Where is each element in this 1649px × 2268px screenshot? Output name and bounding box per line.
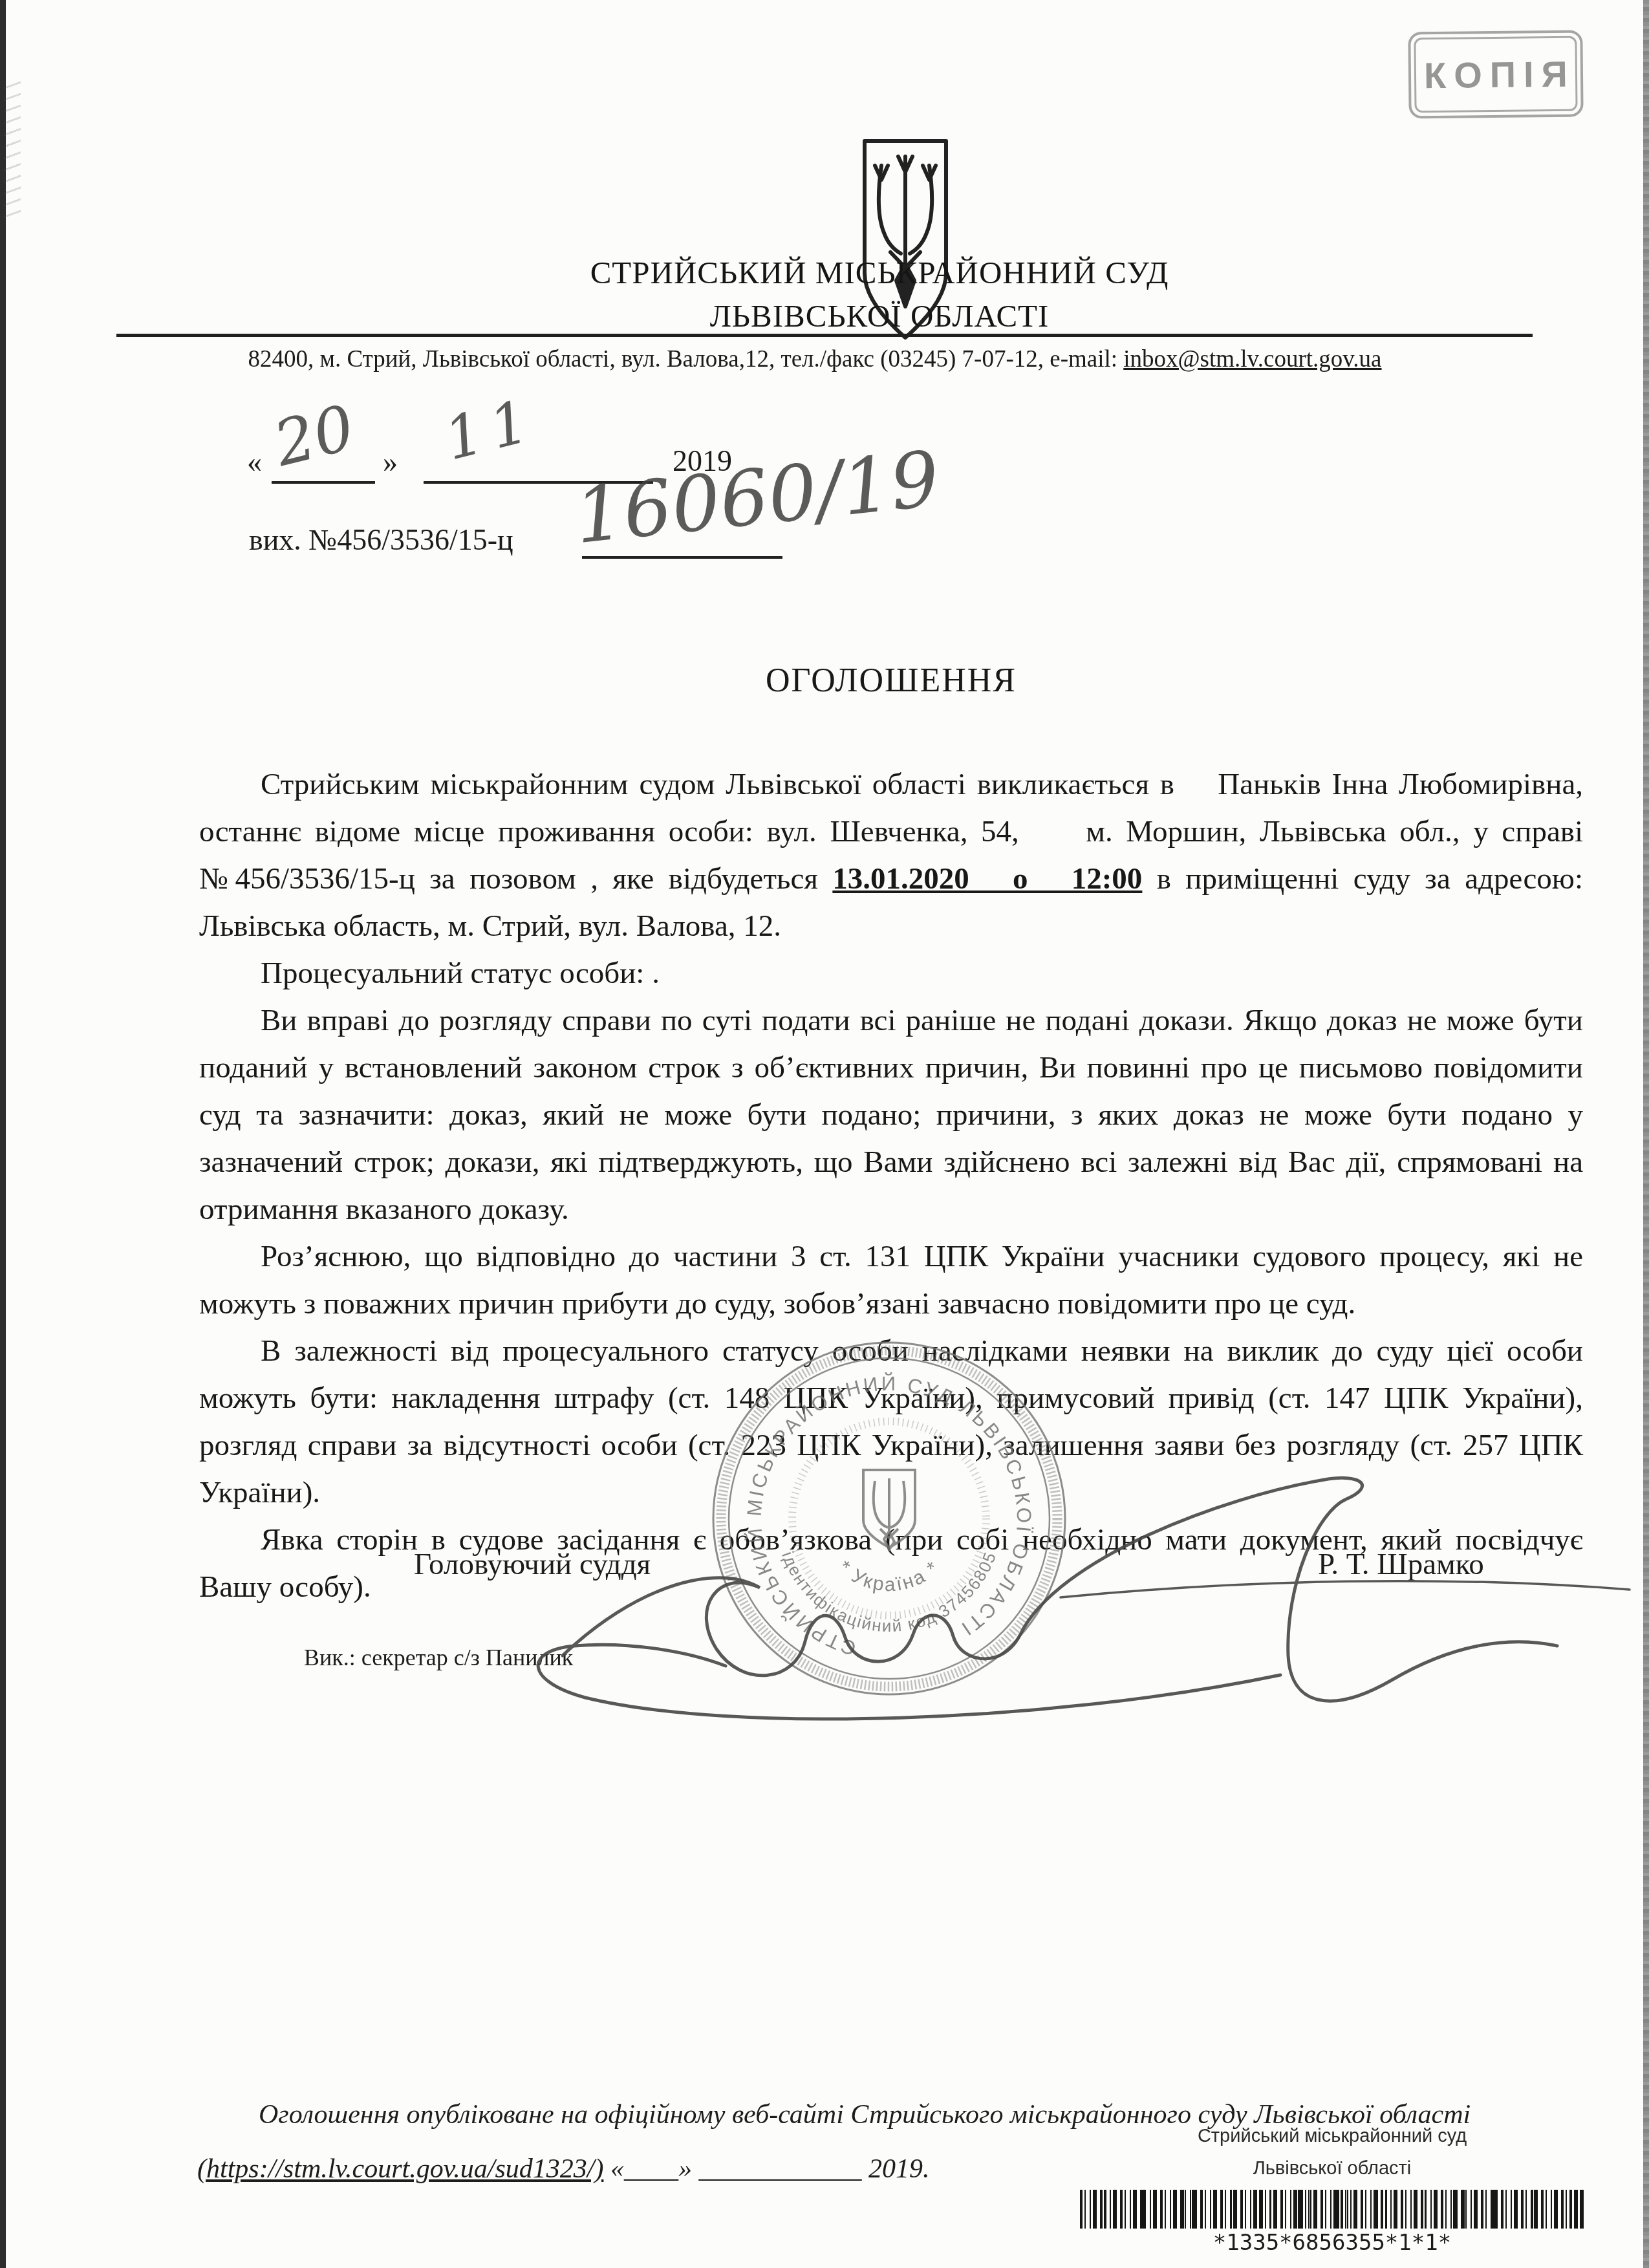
- court-email: inbox@stm.lv.court.gov.ua: [1123, 346, 1381, 373]
- court-seal-stamp: СТРИЙСЬКИЙ МІСЬКРАЙОННИЙ СУД ЛЬВІВСЬКОЇ …: [708, 1337, 1070, 1700]
- header-divider-line: [116, 334, 1533, 337]
- court-name-heading: СТРИЙСЬКИЙ МІСЬКРАЙОННИЙ СУД ЛЬВІВСЬКОЇ …: [378, 251, 1381, 338]
- scan-edge-left: [0, 0, 6, 2268]
- court-contact-line: 82400, м. Стрий, Львівської області, вул…: [116, 345, 1513, 373]
- clerk-line: Вик.: секретар с/з Панилик: [304, 1644, 573, 1671]
- scan-edge-right: [1643, 0, 1649, 2268]
- court-name-line2: ЛЬВІВСЬКОЇ ОБЛАСТІ: [378, 294, 1381, 338]
- hearing-date-time: 13.01.2020 о 12:00: [832, 862, 1142, 896]
- scanned-court-document: КОПІЯ СТРИЙСЬКИЙ МІСЬКРАЙОННИЙ СУД ЛЬВІВ…: [0, 0, 1649, 2268]
- court-name-line1: СТРИЙСЬКИЙ МІСЬКРАЙОННИЙ СУД: [378, 251, 1381, 294]
- date-open-quote: «: [247, 445, 262, 479]
- copy-stamp: КОПІЯ: [1408, 30, 1583, 119]
- paragraph-summons: Стрийським міськрайонним судом Львівсько…: [199, 761, 1583, 950]
- judge-title-label: Головуючий суддя: [414, 1547, 651, 1582]
- copy-stamp-label: КОПІЯ: [1416, 52, 1575, 96]
- outgoing-ref-label: вих. №456/3536/15-ц: [249, 523, 513, 557]
- notice-date-blanks: «____» ____________ 2019.: [603, 2154, 929, 2184]
- contact-text: 82400, м. Стрий, Львівської області, вул…: [248, 346, 1124, 373]
- copy-stamp-inner-border: КОПІЯ: [1414, 36, 1577, 113]
- document-title: ОГОЛОШЕННЯ: [199, 657, 1583, 704]
- paragraph-evidence-rights: Ви вправі до розгляду справи по суті под…: [199, 997, 1583, 1233]
- scan-smudge: [4, 78, 21, 220]
- judge-name: Р. Т. Шрамко: [1318, 1547, 1484, 1582]
- date-close-quote: »: [383, 445, 398, 479]
- barcode-org-line1: Стрийський міськрайонний суд: [1070, 2120, 1594, 2152]
- paragraph-article-131: Роз’яснюю, що відповідно до частини 3 ст…: [199, 1233, 1583, 1328]
- paragraph-status: Процесуальний статус особи: .: [199, 950, 1583, 997]
- court-website-link: (https://stm.lv.court.gov.ua/sud1323/): [197, 2154, 603, 2184]
- barcode-block: Стрийський міськрайонний суд Львівської …: [1070, 2120, 1594, 2256]
- seal-country-text: * Україна *: [834, 1557, 944, 1595]
- barcode-org-line2: Львівської області: [1070, 2152, 1594, 2185]
- svg-text:* Україна *: * Україна *: [834, 1557, 944, 1595]
- barcode-icon: [1080, 2190, 1584, 2229]
- barcode-value: *1335*6856355*1*1*: [1070, 2230, 1594, 2256]
